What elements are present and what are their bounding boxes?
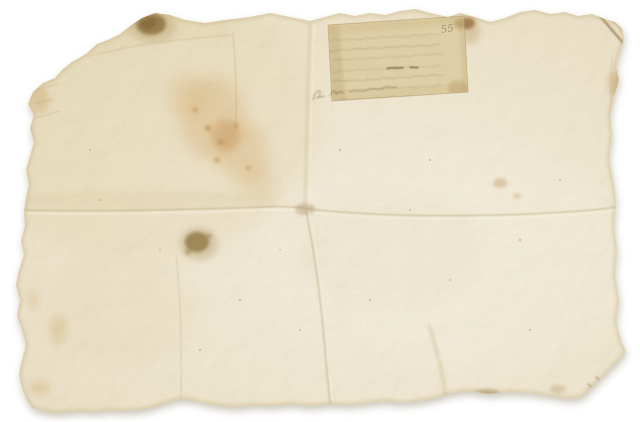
stain-topleft-edge-2 [20,124,30,140]
grain-texture [0,0,640,422]
parchment-surface: 55 [0,0,640,422]
parchment-scan: 55 [0,0,640,422]
document-photo: 55 [0,0,640,422]
